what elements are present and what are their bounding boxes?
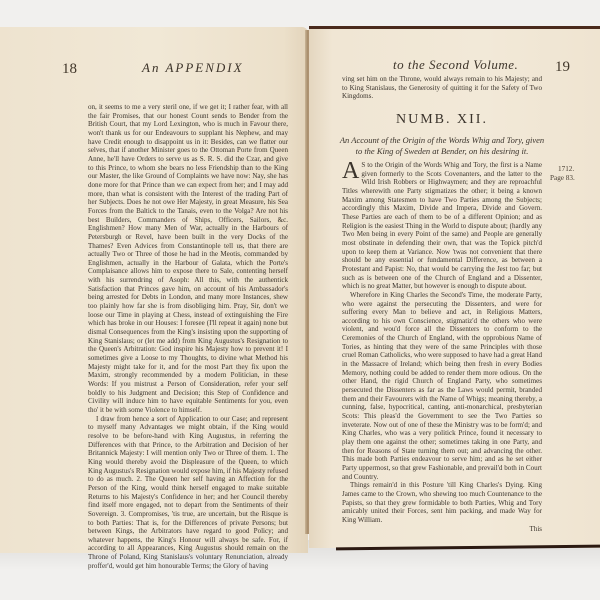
left-body-text: on, it seems to me a very steril one, if… (88, 103, 288, 570)
continuation-text: ving set him on the Throne, would always… (342, 75, 542, 101)
right-body-text: AS to the Origin of the Words Whig and T… (342, 161, 542, 533)
drop-cap: A (342, 161, 359, 181)
section-title: An Account of the Origin of the Words Wh… (335, 135, 549, 157)
right-paragraph-3: Things remain'd in this Posture 'till Ki… (342, 481, 542, 524)
left-paragraph-2: I draw from hence a sort of Application … (88, 415, 288, 571)
left-page: 18 An APPENDIX on, it seems to me a very… (0, 27, 308, 553)
page-number-left: 18 (62, 61, 77, 78)
right-paragraph-2: Wherefore in King Charles the Second's T… (342, 291, 542, 481)
margin-note: 1712. Page 83. (550, 165, 575, 182)
right-paragraph-1: S to the Origin of the Words Whig and To… (342, 161, 542, 290)
running-head-left: An APPENDIX (142, 60, 244, 76)
section-title-line-1: An Account of the Origin of the Words Wh… (335, 135, 549, 146)
margin-note-page: Page 83. (550, 174, 575, 183)
section-title-line-2: to the King of Sweden at Bender, on his … (335, 146, 549, 157)
left-paragraph-1: on, it seems to me a very steril one, if… (88, 103, 288, 415)
page-number-right: 19 (555, 59, 570, 76)
running-head-right: to the Second Volume. (393, 57, 518, 73)
right-page: to the Second Volume. 19 ving set him on… (309, 26, 600, 548)
section-number: NUMB. XII. (342, 112, 542, 128)
margin-note-year: 1712. (550, 165, 575, 174)
catchword: This (342, 525, 542, 534)
